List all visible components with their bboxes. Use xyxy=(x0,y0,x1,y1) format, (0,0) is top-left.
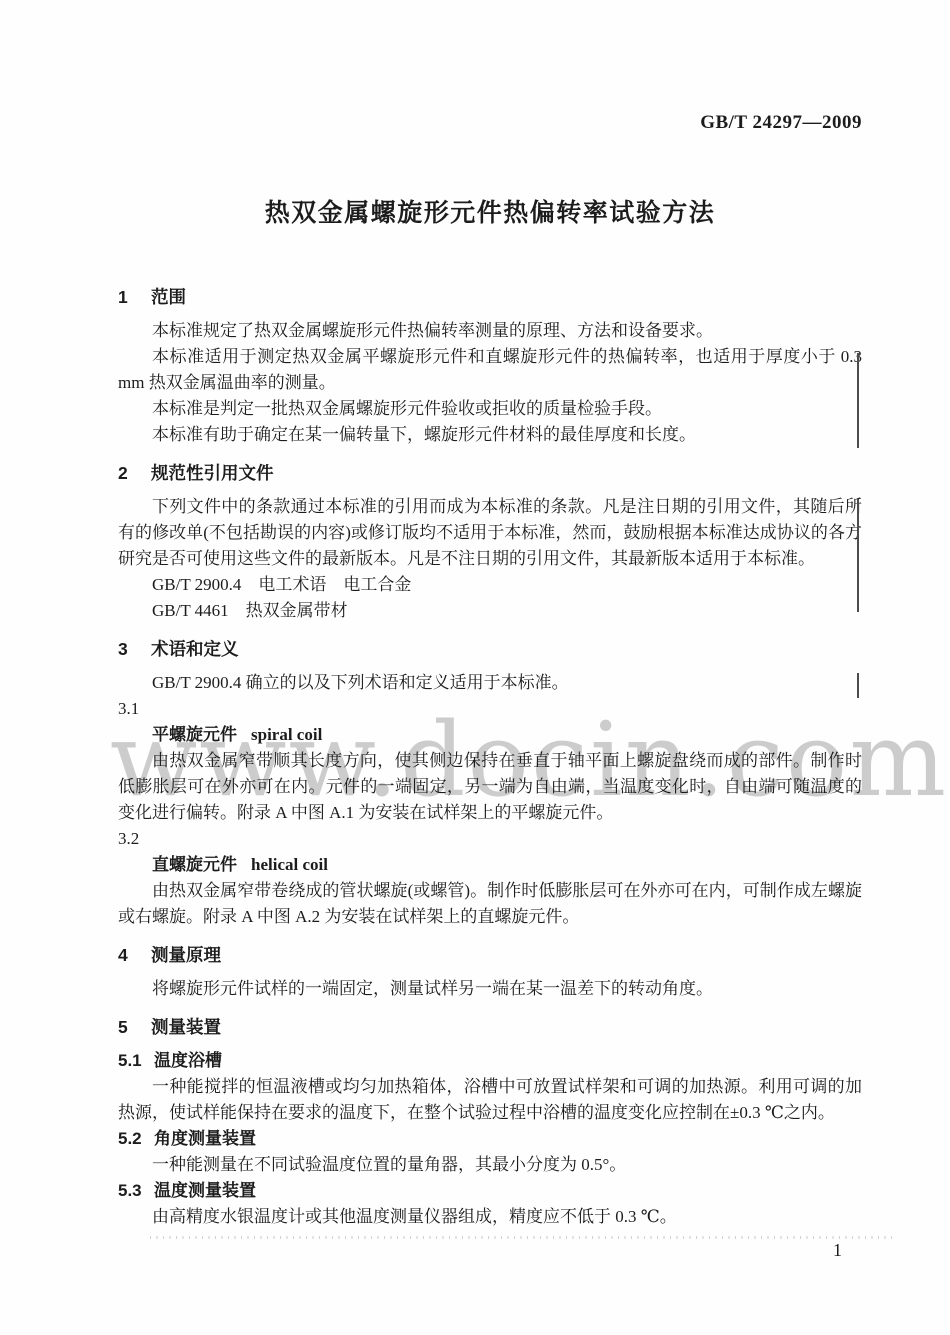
subsection-5-1-title: 温度浴槽 xyxy=(154,1051,222,1070)
subsection-5-2-title: 角度测量装置 xyxy=(154,1129,256,1148)
normative-reference: GB/T 2900.4 电工术语 电工合金 xyxy=(118,572,862,598)
revision-change-bar xyxy=(857,673,859,698)
subsection-5-1-number: 5.1 xyxy=(118,1048,154,1074)
clause-3-2-number: 3.2 xyxy=(118,826,862,852)
section-4-title: 测量原理 xyxy=(151,945,221,965)
term-spiral-coil: 平螺旋元件spiral coil xyxy=(118,722,862,748)
term-en: spiral coil xyxy=(251,725,322,744)
normative-reference: GB/T 4461 热双金属带材 xyxy=(118,598,862,624)
page-number: 1 xyxy=(833,1240,842,1261)
section-2-title: 规范性引用文件 xyxy=(151,463,274,483)
section-3-number: 3 xyxy=(118,636,151,662)
section-3-intro: GB/T 2900.4 确立的以及下列术语和定义适用于本标准。 xyxy=(118,670,862,696)
section-1-paragraph: 本标准是判定一批热双金属螺旋形元件验收或拒收的质量检验手段。 xyxy=(118,396,862,422)
section-1-heading: 1范围 xyxy=(118,284,862,310)
term-zh: 平螺旋元件 xyxy=(152,725,237,744)
term-definition: 由热双金属窄带卷绕成的管状螺旋(或螺管)。制作时低膨胀层可在外亦可在内，可制作成… xyxy=(118,878,862,930)
section-1-number: 1 xyxy=(118,284,151,310)
subsection-5-3-heading: 5.3温度测量装置 xyxy=(118,1178,862,1204)
section-3-heading: 3术语和定义 xyxy=(118,636,862,662)
scan-noise-artifact xyxy=(150,1236,895,1239)
term-helical-coil: 直螺旋元件helical coil xyxy=(118,852,862,878)
section-1-paragraph: 本标准适用于测定热双金属平螺旋形元件和直螺旋形元件的热偏转率，也适用于厚度小于 … xyxy=(118,344,862,396)
standard-code: GB/T 24297—2009 xyxy=(118,0,862,134)
page-content: GB/T 24297—2009 热双金属螺旋形元件热偏转率试验方法 1范围 本标… xyxy=(0,0,950,1230)
section-1-paragraph: 本标准有助于确定在某一偏转量下，螺旋形元件材料的最佳厚度和长度。 xyxy=(118,422,862,448)
section-4-heading: 4测量原理 xyxy=(118,942,862,968)
section-4-paragraph: 将螺旋形元件试样的一端固定，测量试样另一端在某一温差下的转动角度。 xyxy=(118,976,862,1002)
section-2-heading: 2规范性引用文件 xyxy=(118,460,862,486)
section-5-heading: 5测量装置 xyxy=(118,1014,862,1040)
section-5-title: 测量装置 xyxy=(151,1017,221,1037)
subsection-5-3-number: 5.3 xyxy=(118,1178,154,1204)
section-5-number: 5 xyxy=(118,1014,151,1040)
term-zh: 直螺旋元件 xyxy=(152,855,237,874)
section-2-paragraph: 下列文件中的条款通过本标准的引用而成为本标准的条款。凡是注日期的引用文件，其随后… xyxy=(118,494,862,572)
term-en: helical coil xyxy=(251,855,328,874)
section-4-number: 4 xyxy=(118,942,151,968)
section-1-title: 范围 xyxy=(151,287,186,307)
clause-3-1-number: 3.1 xyxy=(118,696,862,722)
subsection-5-2-text: 一种能测量在不同试验温度位置的量角器，其最小分度为 0.5°。 xyxy=(118,1152,862,1178)
subsection-5-1-text: 一种能搅拌的恒温液槽或均匀加热箱体，浴槽中可放置试样架和可调的加热源。利用可调的… xyxy=(118,1074,862,1126)
subsection-5-3-text: 由高精度水银温度计或其他温度测量仪器组成，精度应不低于 0.3 ℃。 xyxy=(118,1204,862,1230)
section-2-number: 2 xyxy=(118,460,151,486)
revision-change-bar xyxy=(857,499,859,612)
revision-change-bar xyxy=(857,353,859,448)
document-page: www.docin.com GB/T 24297—2009 热双金属螺旋形元件热… xyxy=(0,0,950,1335)
section-3-title: 术语和定义 xyxy=(151,639,239,659)
subsection-5-1-heading: 5.1温度浴槽 xyxy=(118,1048,862,1074)
section-1-paragraph: 本标准规定了热双金属螺旋形元件热偏转率测量的原理、方法和设备要求。 xyxy=(118,318,862,344)
subsection-5-2-heading: 5.2角度测量装置 xyxy=(118,1126,862,1152)
term-definition: 由热双金属窄带顺其长度方向，使其侧边保持在垂直于轴平面上螺旋盘绕而成的部件。制作… xyxy=(118,748,862,826)
document-title: 热双金属螺旋形元件热偏转率试验方法 xyxy=(118,196,862,230)
subsection-5-2-number: 5.2 xyxy=(118,1126,154,1152)
subsection-5-3-title: 温度测量装置 xyxy=(154,1181,256,1200)
